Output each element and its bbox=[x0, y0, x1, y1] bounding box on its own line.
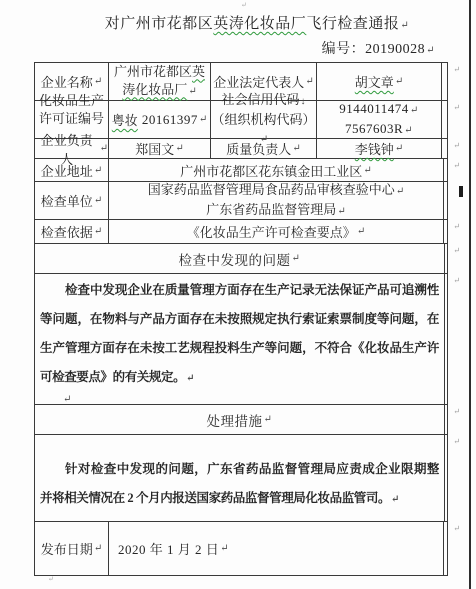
label-text: 发布日期 bbox=[41, 539, 93, 558]
section-body-measures: 针对检查中发现的问题，广东省药品监督管理局应责成企业限期整改， 并将相关情况在 … bbox=[35, 435, 447, 522]
text: 可检查要点》的有关规定。 bbox=[40, 370, 185, 384]
row-end-mark: ↵ bbox=[453, 525, 460, 533]
text: 广州市花都区 bbox=[114, 64, 192, 79]
paragraph-mark: ↵ bbox=[400, 20, 409, 31]
table-row-inspection-unit: 检查单位↵ 国家药品监督管理局食品药品审核查验中心↵ 广东省药品监督管理局↵ bbox=[35, 182, 447, 220]
table-row-address: 企业地址↵ 广州市花都区花东镇金田工业区↵ ↵ bbox=[35, 159, 447, 182]
table-row-managers: 企业负责人↵ 郑国文↵ 质量负责人↵ 李钱钟↵ ↵ bbox=[35, 139, 447, 159]
document-number: 编号：20190028↵ bbox=[322, 38, 435, 58]
table-row-publish-date: 发布日期↵ 2020 年 1 月 2 日↵ ↵ bbox=[35, 522, 447, 575]
date-text: 2020 年 1 月 2 日 bbox=[118, 539, 219, 558]
paragraph-mark: ↵ bbox=[63, 394, 71, 405]
label-address: 企业地址↵ bbox=[35, 159, 109, 181]
text: 国家药品监督管理局食品药品审核查验中心 bbox=[148, 182, 395, 197]
credit-code-line1: 9144011474↵ bbox=[339, 100, 418, 120]
label-text: 企业法定代表人 bbox=[213, 72, 304, 91]
section-header-measures: 处理措施↵ ↵ bbox=[35, 405, 447, 435]
label-text: 质量负责人 bbox=[226, 139, 291, 158]
label-text: 检查依据 bbox=[41, 222, 93, 241]
digits: 9144011474 bbox=[339, 101, 409, 116]
paragraph-mark: ↵ bbox=[220, 543, 229, 554]
section-body-problems: 检查中发现企业在质量管理方面存在生产记录无法保证产品可追溯性 等问题，在物料与产… bbox=[35, 274, 447, 405]
page-edge-line bbox=[469, 0, 471, 589]
paragraph-mark: ↵ bbox=[426, 45, 435, 56]
paragraph-mark: ↵ bbox=[94, 226, 102, 237]
value-inspection-basis: 《化妆品生产许可检查要点》↵ bbox=[109, 220, 444, 243]
text: 广东省药品监督管理局 bbox=[206, 202, 336, 217]
label-inspection-basis: 检查依据↵ bbox=[35, 220, 109, 243]
value-publish-date: 2020 年 1 月 2 日↵ bbox=[109, 522, 444, 575]
document-title: 对广州市花都区英涛化妆品厂飞行检查通报↵ bbox=[42, 12, 472, 33]
digits: 7567603R bbox=[345, 121, 403, 136]
label-publish-date: 发布日期↵ bbox=[35, 522, 109, 575]
problems-line-2: 等问题，在物料与产品方面存在未按照规定执行索证索票制度等问题，在 bbox=[40, 305, 439, 334]
company-name-lines: 广州市花都区英 涛化妆品厂↵ bbox=[114, 63, 205, 101]
label-text: 社会信用代码 bbox=[221, 92, 299, 107]
measures-line-2: 并将相关情况在 2 个月内报送国家药品监督管理局化妆品监管司。↵ bbox=[40, 484, 439, 513]
paragraph-mark: ↵ bbox=[199, 114, 207, 125]
value-quality-manager: 李钱钟↵ bbox=[317, 139, 442, 158]
text-flagged: 李钱钟 bbox=[355, 139, 394, 158]
empty-paragraph-line: ↵ bbox=[62, 392, 439, 404]
title-prefix: 对广州市花都区 bbox=[105, 16, 214, 32]
row-end-mark: ↵ bbox=[453, 223, 460, 231]
paragraph-mark: ↵ bbox=[94, 543, 102, 554]
value-company-manager: 郑国文↵ bbox=[109, 139, 211, 158]
title-company-name: 英涛化妆品厂 bbox=[213, 16, 306, 32]
paragraph-mark: ↵ bbox=[94, 165, 102, 176]
row-end-mark: ↵ bbox=[453, 277, 460, 285]
text-flagged: 胡文章 bbox=[355, 72, 394, 91]
value-company-name: 广州市花都区英 涛化妆品厂↵ bbox=[109, 63, 211, 100]
section-header-problems-cell: 检查中发现的问题↵ bbox=[35, 244, 445, 273]
paragraph-mark: ↵ bbox=[357, 226, 365, 237]
license-number-digits: 20161397 bbox=[142, 112, 198, 128]
label-credit-line1: 社会信用代码↓ bbox=[211, 91, 316, 111]
company-name-line1: 广州市花都区英 bbox=[114, 63, 205, 81]
section-header-problems: 检查中发现的问题↵ ↵ bbox=[35, 244, 447, 274]
label-text: 检查单位 bbox=[41, 191, 93, 210]
paragraph-mark: ↵ bbox=[395, 143, 403, 154]
label-credit-code: 社会信用代码↓ （组织机构代码）↵ bbox=[211, 101, 317, 138]
label-license-line1: 化妆品生产 bbox=[35, 92, 108, 110]
label-quality-manager: 质量负责人↵ bbox=[211, 139, 317, 158]
paragraph-mark: ↵ bbox=[395, 76, 403, 87]
text-flagged: 粤妆 bbox=[112, 110, 138, 129]
problems-line-3: 生产管理方面存在未按工艺规程投料生产等问题，不符合《化妆品生产许 bbox=[40, 334, 439, 363]
problems-text: 检查中发现企业在质量管理方面存在生产记录无法保证产品可追溯性 等问题，在物料与产… bbox=[35, 274, 445, 404]
value-address: 广州市花都区花东镇金田工业区↵ bbox=[109, 159, 444, 181]
value-inspection-unit: 国家药品监督管理局食品药品审核查验中心↵ 广东省药品监督管理局↵ bbox=[109, 182, 444, 219]
inspection-unit-lines: 国家药品监督管理局食品药品审核查验中心↵ 广东省药品监督管理局↵ bbox=[148, 181, 404, 221]
label-text: （组织机构代码） bbox=[211, 112, 315, 127]
measures-line-1: 针对检查中发现的问题，广东省药品监督管理局应责成企业限期整改， bbox=[40, 455, 439, 484]
paragraph-mark: ↵ bbox=[396, 186, 404, 197]
inspection-unit-line2: 广东省药品监督管理局↵ bbox=[148, 201, 404, 221]
credit-code-line2: 7567603R↵ bbox=[339, 120, 418, 140]
paragraph-mark: ↵ bbox=[175, 143, 183, 154]
label-text: 许可证编号 bbox=[39, 111, 104, 126]
text: 郑国文 bbox=[135, 139, 174, 158]
section-title: 检查中发现的问题 bbox=[179, 249, 291, 269]
credit-code-lines: 9144011474↵ 7567603R↵ bbox=[339, 100, 418, 140]
text-flagged: 英 bbox=[192, 64, 205, 79]
inspection-unit-line1: 国家药品监督管理局食品药品审核查验中心↵ bbox=[148, 181, 404, 201]
problems-line-4: 可检查要点》的有关规定。↵ bbox=[40, 363, 439, 392]
label-text: 企业名称 bbox=[41, 72, 93, 91]
paragraph-mark: ↵ bbox=[94, 195, 102, 206]
paragraph-mark: ↵ bbox=[337, 206, 345, 217]
title-suffix: 飞行检查通报 bbox=[306, 16, 399, 32]
row-end-mark: ↵ bbox=[453, 162, 460, 170]
row-end-mark: ↵ bbox=[453, 247, 460, 255]
row-end-mark: ↵ bbox=[453, 438, 460, 446]
row-end-mark: ↵ bbox=[453, 408, 460, 416]
paragraph-mark: ↵ bbox=[292, 253, 301, 264]
paragraph-mark: ↵ bbox=[292, 143, 300, 154]
text: 《化妆品生产许可检查要点》 bbox=[187, 222, 356, 241]
label-text: 企业地址 bbox=[41, 161, 93, 180]
value-legal-representative: 胡文章↵ bbox=[317, 63, 442, 100]
row-end-mark-bold bbox=[459, 186, 463, 197]
section-title: 处理措施 bbox=[207, 410, 263, 430]
line-break-mark: ↓ bbox=[301, 96, 306, 107]
row-end-mark: ↵ bbox=[453, 104, 460, 112]
document-number-text: 编号：20190028 bbox=[322, 42, 426, 57]
text-flagged: 涛化妆品厂 bbox=[122, 82, 187, 97]
paragraph-mark: ↵ bbox=[391, 494, 399, 505]
section-header-measures-cell: 处理措施↵ bbox=[35, 405, 445, 434]
text: 并将相关情况在 2 个月内报送国家药品监督管理局化妆品监管司。 bbox=[40, 491, 390, 505]
paragraph-mark: ↵ bbox=[404, 125, 413, 136]
paragraph-mark: ↵ bbox=[186, 373, 194, 384]
paragraph-mark: ↵ bbox=[363, 165, 371, 176]
inspection-notice-document: ↵ 对广州市花都区英涛化妆品厂飞行检查通报↵ 编号：20190028↵ 企业名称… bbox=[0, 0, 476, 589]
paragraph-mark: ↵ bbox=[264, 414, 273, 425]
row-end-mark: ↵ bbox=[453, 142, 460, 150]
problems-line-1: 检查中发现企业在质量管理方面存在生产记录无法保证产品可追溯性 bbox=[40, 276, 439, 305]
value-license-number: 粤妆20161397↵ bbox=[109, 101, 211, 138]
paragraph-mark: ↵ bbox=[305, 76, 313, 87]
stray-paragraph-mark-top: ↵ bbox=[241, 2, 247, 9]
company-name-line2: 涛化妆品厂↵ bbox=[114, 81, 205, 101]
notice-table: 企业名称↵ 广州市花都区英 涛化妆品厂↵ 企业法定代表人↵ 胡文章↵ ↵ 化妆品… bbox=[34, 62, 448, 576]
paragraph-mark: ↵ bbox=[410, 105, 419, 116]
value-credit-code: 9144011474↵ 7567603R↵ bbox=[317, 101, 442, 138]
measures-text: 针对检查中发现的问题，广东省药品监督管理局应责成企业限期整改， 并将相关情况在 … bbox=[35, 435, 445, 521]
paragraph-mark: ↵ bbox=[94, 76, 102, 87]
label-inspection-unit: 检查单位↵ bbox=[35, 182, 109, 219]
row-end-mark: ↵ bbox=[453, 66, 460, 74]
label-company-manager: 企业负责人↵ bbox=[35, 139, 109, 158]
paragraph-mark: ↵ bbox=[100, 143, 108, 154]
paragraph-mark: ↵ bbox=[188, 86, 196, 97]
text: 广州市花都区花东镇金田工业区 bbox=[180, 161, 362, 180]
stray-paragraph-mark-bottom: ↵ bbox=[48, 576, 54, 583]
table-row-inspection-basis: 检查依据↵ 《化妆品生产许可检查要点》↵ ↵ bbox=[35, 220, 447, 244]
